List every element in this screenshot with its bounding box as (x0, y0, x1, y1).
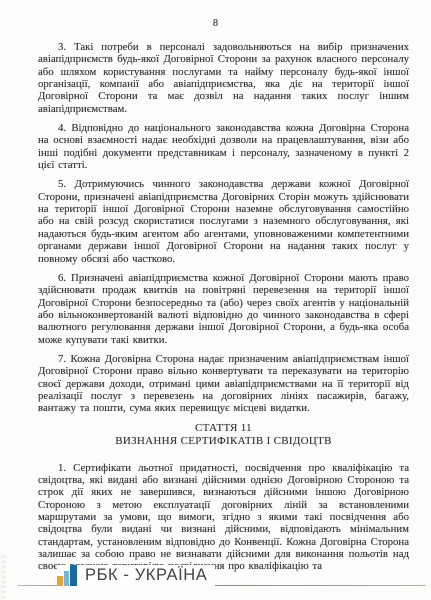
bar-chart-icon-darkblue-bar (70, 565, 77, 586)
rbc-ukraine-watermark: РБК - УКРАЇНА (57, 565, 215, 586)
bar-chart-icon-lightblue-bar (64, 571, 70, 586)
bar-chart-icon-yellow-bar (57, 576, 63, 586)
paragraph-7: 7. Кожна Договірна Сторона надає признач… (38, 353, 409, 415)
scan-edge-artifact (1, 556, 6, 600)
bar-chart-icon (57, 565, 78, 586)
paragraph-5: 5. Дотримуючись чинного законодавства де… (38, 178, 409, 264)
document-body: 3. Такі потреби в персоналі задовольняют… (38, 41, 409, 573)
page-number: 8 (0, 18, 431, 29)
article-heading: СТАТТЯ 11 ВИЗНАННЯ СЕРТИФІКАТІВ І СВІДОЦ… (38, 422, 409, 448)
paragraph-6: 6. Призначені авіапідприємства кожної До… (38, 272, 409, 346)
watermark-brand-text: РБК - УКРАЇНА (85, 565, 207, 586)
scanned-document-page: 8 3. Такі потреби в персоналі задовольня… (0, 0, 431, 600)
article-title: СТАТТЯ 11 (38, 422, 409, 435)
article-subtitle: ВИЗНАННЯ СЕРТИФІКАТІВ І СВІДОЦТВ (38, 435, 409, 448)
article-paragraph-1: 1. Сертифікати льотної придатності, посв… (38, 462, 409, 573)
paragraph-3: 3. Такі потреби в персоналі задовольняют… (38, 41, 409, 115)
paragraph-4: 4. Відповідно до національного законодав… (38, 122, 409, 171)
